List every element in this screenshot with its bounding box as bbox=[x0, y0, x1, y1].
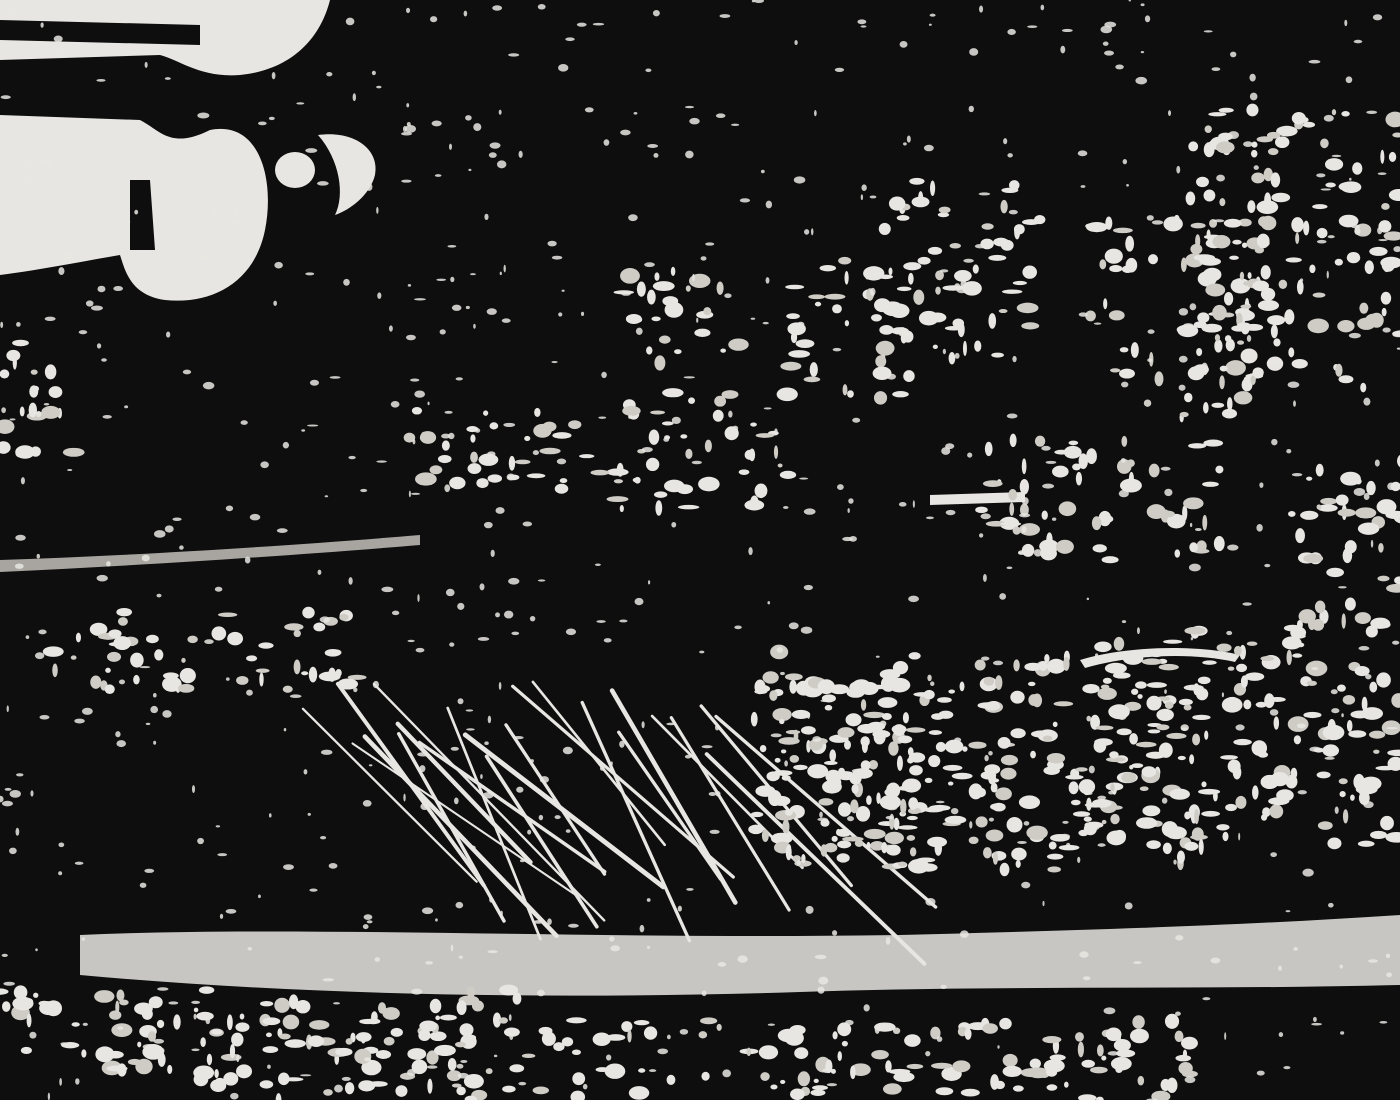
artwork-canvas bbox=[0, 0, 1400, 1100]
texture-artwork bbox=[0, 0, 1400, 1100]
